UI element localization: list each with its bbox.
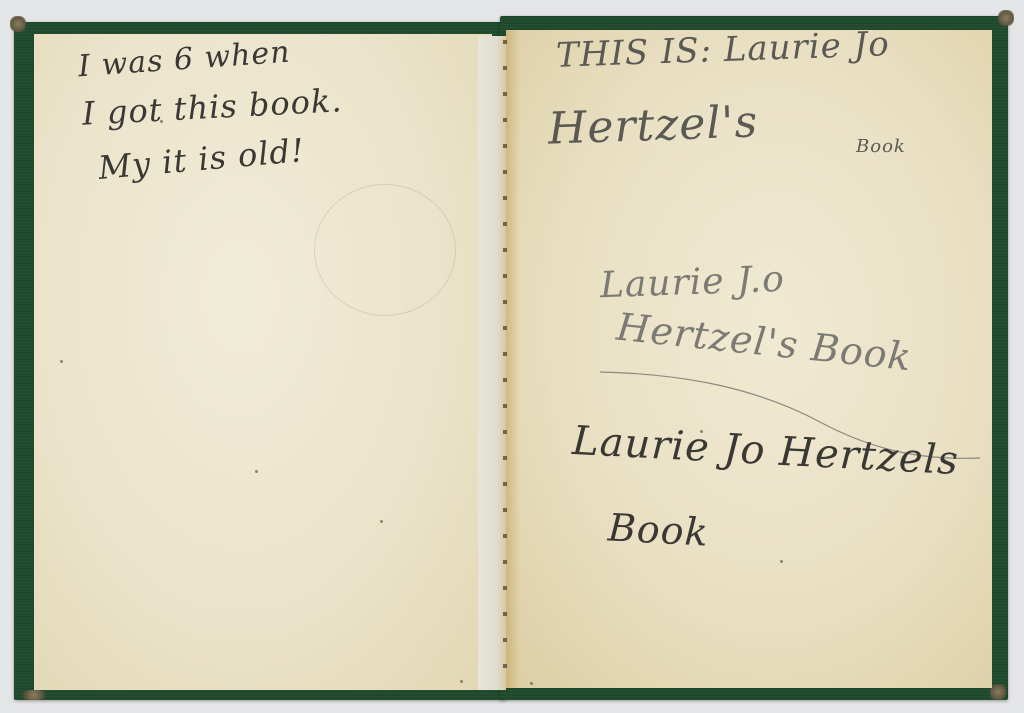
left-endpaper (34, 34, 492, 690)
faded-stain (314, 184, 456, 316)
foxing-speck (380, 520, 383, 523)
foxing-speck (780, 560, 783, 563)
open-book-photo: I was 6 when I got this book. My it is o… (0, 0, 1024, 713)
hinge-strip (478, 36, 506, 690)
foxing-speck (160, 120, 163, 123)
foxing-speck (460, 680, 463, 683)
right-inscription-top-line-2: Hertzel's (547, 96, 759, 154)
foxing-speck (700, 430, 703, 433)
foxing-speck (60, 360, 63, 363)
frayed-corner-top-left (10, 16, 26, 32)
foxing-speck (530, 682, 533, 685)
frayed-corner-bottom-right (990, 684, 1006, 700)
right-inscription-middle-line-1: Laurie J.o (599, 259, 785, 306)
frayed-corner-top-right (998, 10, 1014, 26)
frayed-corner-bottom-left (22, 690, 46, 700)
gutter-shadow (506, 30, 520, 688)
foxing-speck (255, 470, 258, 473)
right-inscription-bottom-line-2: Book (607, 505, 710, 554)
binding-stitches (503, 40, 507, 680)
right-inscription-top-line-3: Book (856, 136, 906, 157)
